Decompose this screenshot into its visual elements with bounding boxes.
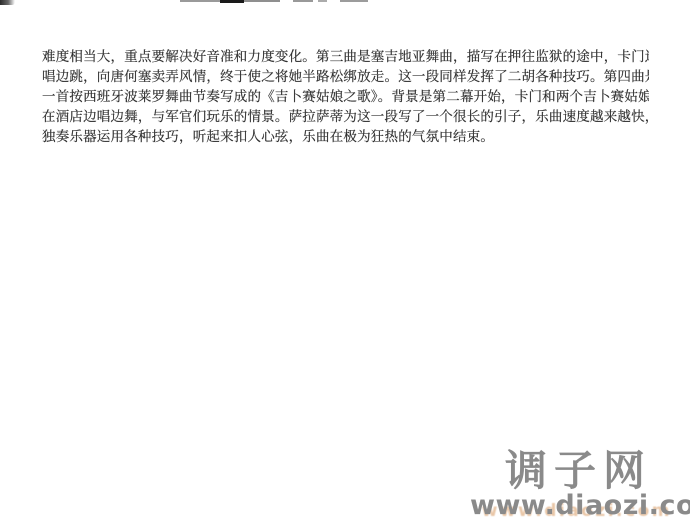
- scan-artifact-line: [293, 0, 313, 2]
- scan-artifact-line: [244, 0, 280, 2]
- watermark-ghost-url: www.diaozi.com: [482, 501, 672, 521]
- scanned-page: 难度相当大，重点要解决好音准和力度变化。第三曲是塞吉地亚舞曲，描写在押往监狱的途…: [0, 0, 690, 525]
- corner-scan-smudge: [0, 0, 15, 5]
- text-line: 在酒店边唱边舞，与军官们玩乐的情景。萨拉萨蒂为这一段写了一个很长的引子，乐曲速度…: [42, 107, 649, 127]
- watermark-site-name: 调子网: [470, 449, 687, 493]
- document-paragraph: 难度相当大，重点要解决好音准和力度变化。第三曲是塞吉地亚舞曲，描写在押往监狱的途…: [42, 47, 649, 147]
- scan-artifact-line: [318, 0, 327, 2]
- text-line: 一首按西班牙波莱罗舞曲节奏写成的《吉卜赛姑娘之歌》。背景是第二幕开始，卡门和两个…: [42, 87, 649, 107]
- text-line: 独奏乐器运用各种技巧，听起来扣人心弦，乐曲在极为狂热的气氛中结束。: [42, 127, 649, 147]
- watermark-site-url: www.diaozi.com: [470, 493, 680, 519]
- scan-artifact-line: [220, 0, 244, 3]
- watermark: 调子网 www.diaozi.com www.diaozi.com: [470, 449, 680, 519]
- text-line: 唱边跳，向唐何塞卖弄风情，终于使之将她半路松绑放走。这一段同样发挥了二胡各种技巧…: [42, 67, 649, 87]
- text-line: 难度相当大，重点要解决好音准和力度变化。第三曲是塞吉地亚舞曲，描写在押往监狱的途…: [42, 47, 649, 67]
- scan-artifact-line: [340, 0, 368, 2]
- scan-artifact-line: [180, 0, 220, 2]
